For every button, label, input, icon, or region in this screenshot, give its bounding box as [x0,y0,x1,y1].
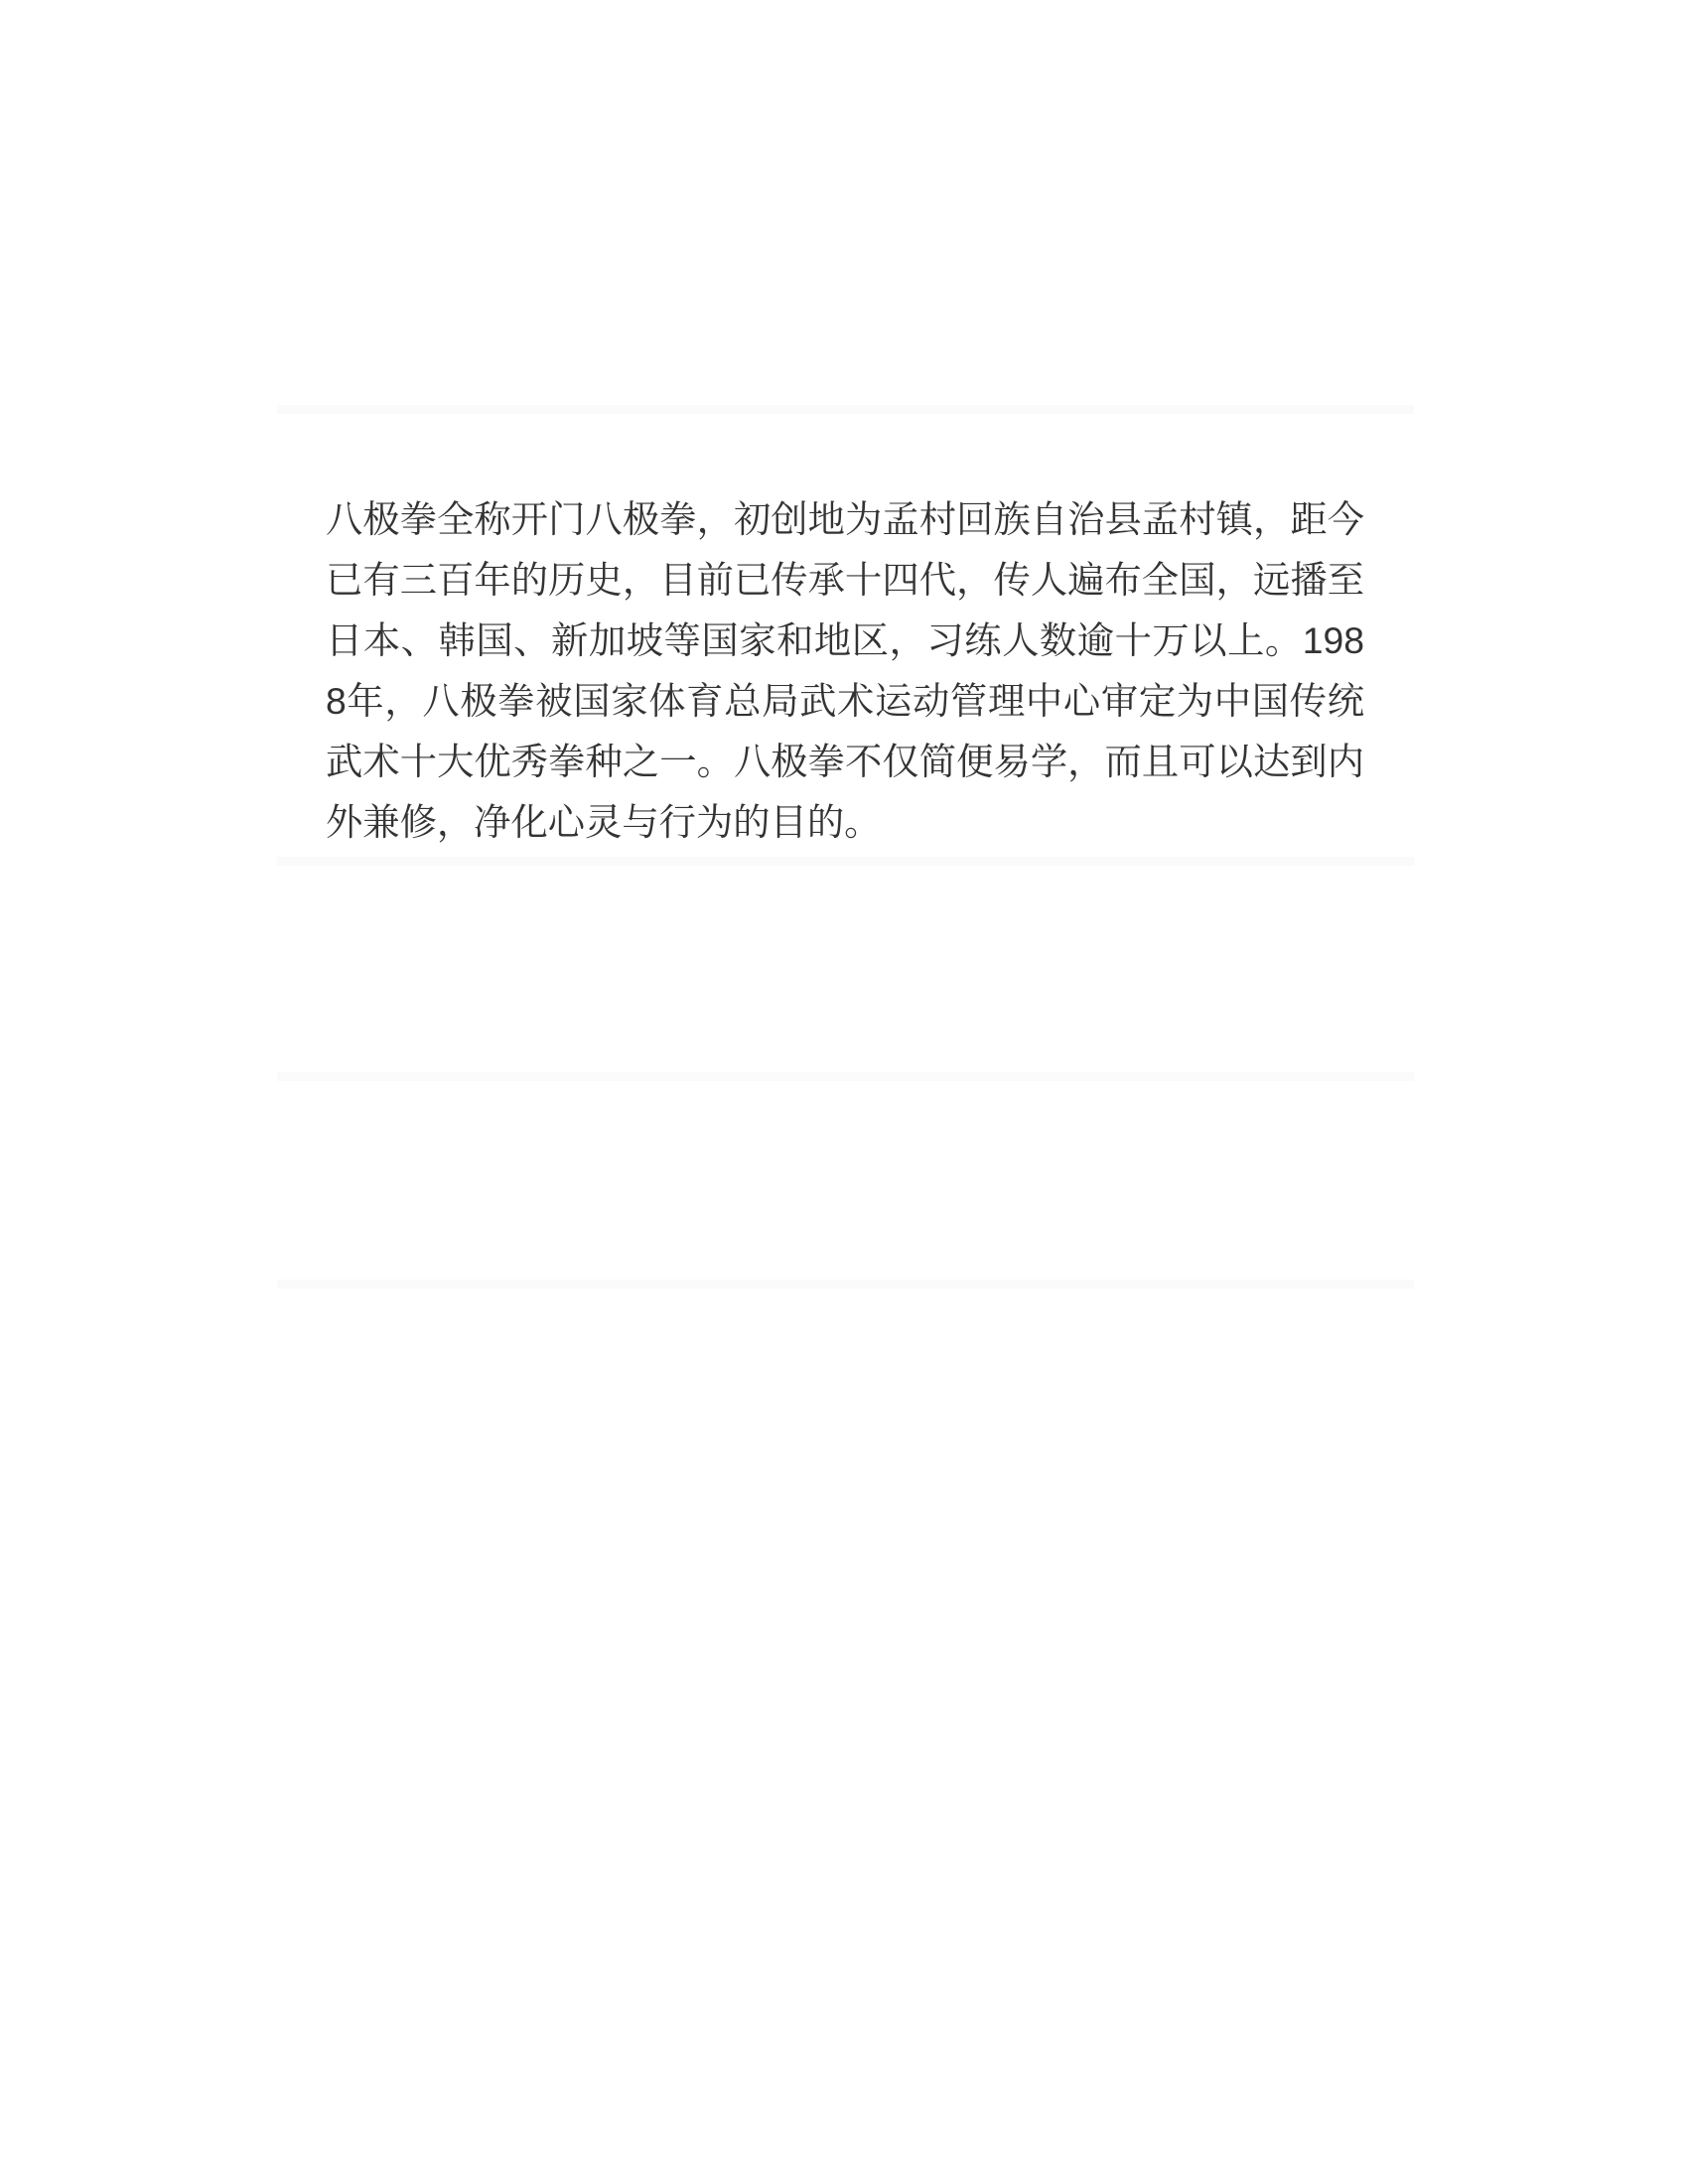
section-divider-bottom [277,1280,1414,1289]
page: 八极拳全称开门八极拳，初创地为孟村回族自治县孟村镇，距今已有三百年的历史，目前已… [0,0,1688,2184]
section-divider-below-paragraph [277,857,1414,866]
section-divider-top [277,405,1414,414]
article-paragraph: 八极拳全称开门八极拳，初创地为孟村回族自治县孟村镇，距今已有三百年的历史，目前已… [326,489,1364,853]
section-divider-middle [277,1072,1414,1081]
